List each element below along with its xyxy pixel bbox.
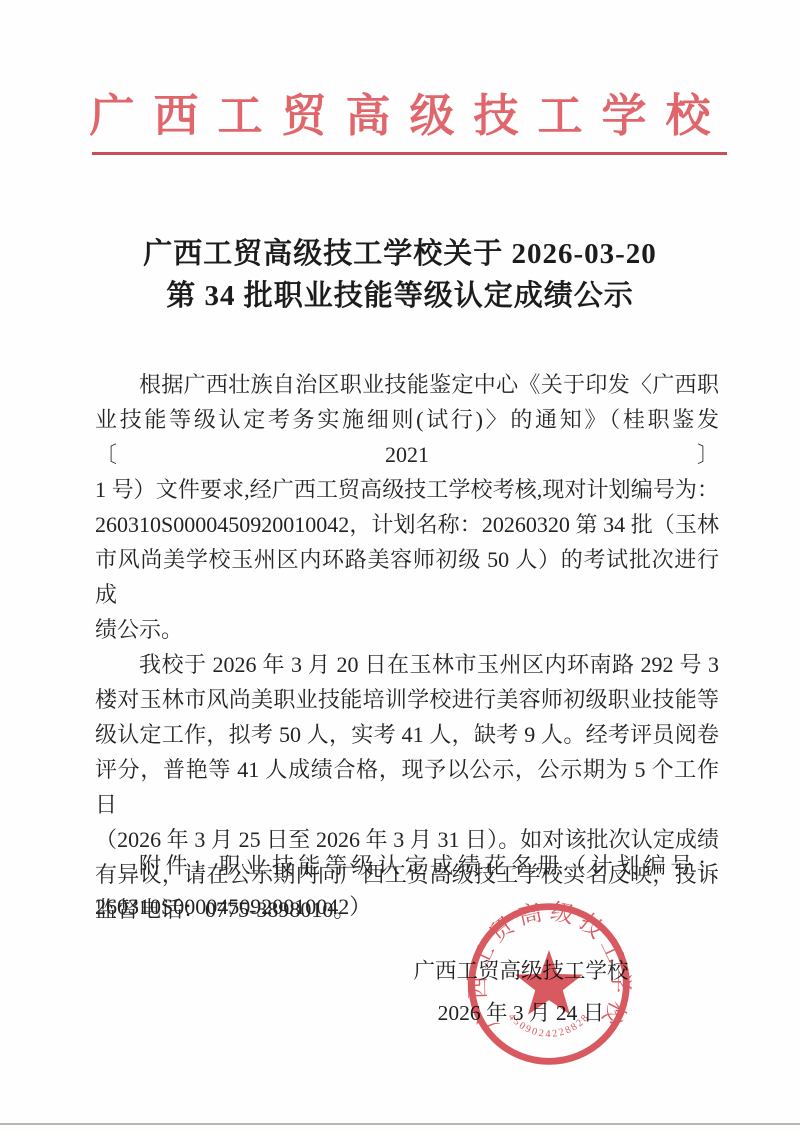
- text-line: 业技能等级认定考务实施细则(试行)〉的通知》（桂职鉴发〔2021〕: [95, 402, 719, 472]
- signature-organization: 广西工贸高级技工学校: [410, 956, 632, 986]
- letterhead-divider-line: [92, 152, 727, 155]
- body-paragraph: 根据广西壮族自治区职业技能鉴定中心《关于印发〈广西职业技能等级认定考务实施细则(…: [95, 367, 719, 647]
- document-title: 广西工贸高级技工学校关于 2026-03-20 第 34 批职业技能等级认定成绩…: [0, 233, 800, 317]
- text-line: 楼对玉林市风尚美职业技能培训学校进行美容师初级职业技能等: [95, 682, 719, 717]
- text-line: 我校于 2026 年 3 月 20 日在玉林市玉州区内环南路 292 号 3: [95, 647, 719, 682]
- text-line: 260310S0000450920010042）: [95, 886, 719, 927]
- document-body: 根据广西壮族自治区职业技能鉴定中心《关于印发〈广西职业技能等级认定考务实施细则(…: [95, 367, 719, 927]
- letterhead-school-name: 广西工贸高级技工学校: [0, 90, 800, 142]
- signature-block: 广西工贸高级技工学校 2026 年 3 月 24 日: [410, 956, 632, 1028]
- signature-date: 2026 年 3 月 24 日: [410, 998, 632, 1028]
- scan-edge-line: [0, 1123, 800, 1125]
- text-line: 根据广西壮族自治区职业技能鉴定中心《关于印发〈广西职: [95, 367, 719, 402]
- text-line: 绩公示。: [95, 612, 719, 647]
- document-title-line2: 第 34 批职业技能等级认定成绩公示: [166, 280, 634, 312]
- attachment-note: 附件：职业技能等级认定成绩花名册（计划编号：260310S00004509200…: [95, 845, 719, 927]
- document-page: 广西工贸高级技工学校 广西工贸高级技工学校关于 2026-03-20 第 34 …: [0, 0, 800, 1132]
- text-line: 附件：职业技能等级认定成绩花名册（计划编号：: [95, 845, 719, 886]
- text-line: 260310S0000450920010042，计划名称：20260320 第 …: [95, 507, 719, 542]
- text-line: 1 号）文件要求,经广西工贸高级技工学校考核,现对计划编号为：: [95, 472, 719, 507]
- text-line: 级认定工作，拟考 50 人，实考 41 人，缺考 9 人。经考评员阅卷: [95, 717, 719, 752]
- text-line: 评分，普艳等 41 人成绩合格，现予以公示，公示期为 5 个工作日: [95, 752, 719, 822]
- text-line: 市风尚美学校玉州区内环路美容师初级 50 人）的考试批次进行成: [95, 542, 719, 612]
- document-title-line1: 广西工贸高级技工学校关于 2026-03-20: [143, 238, 657, 270]
